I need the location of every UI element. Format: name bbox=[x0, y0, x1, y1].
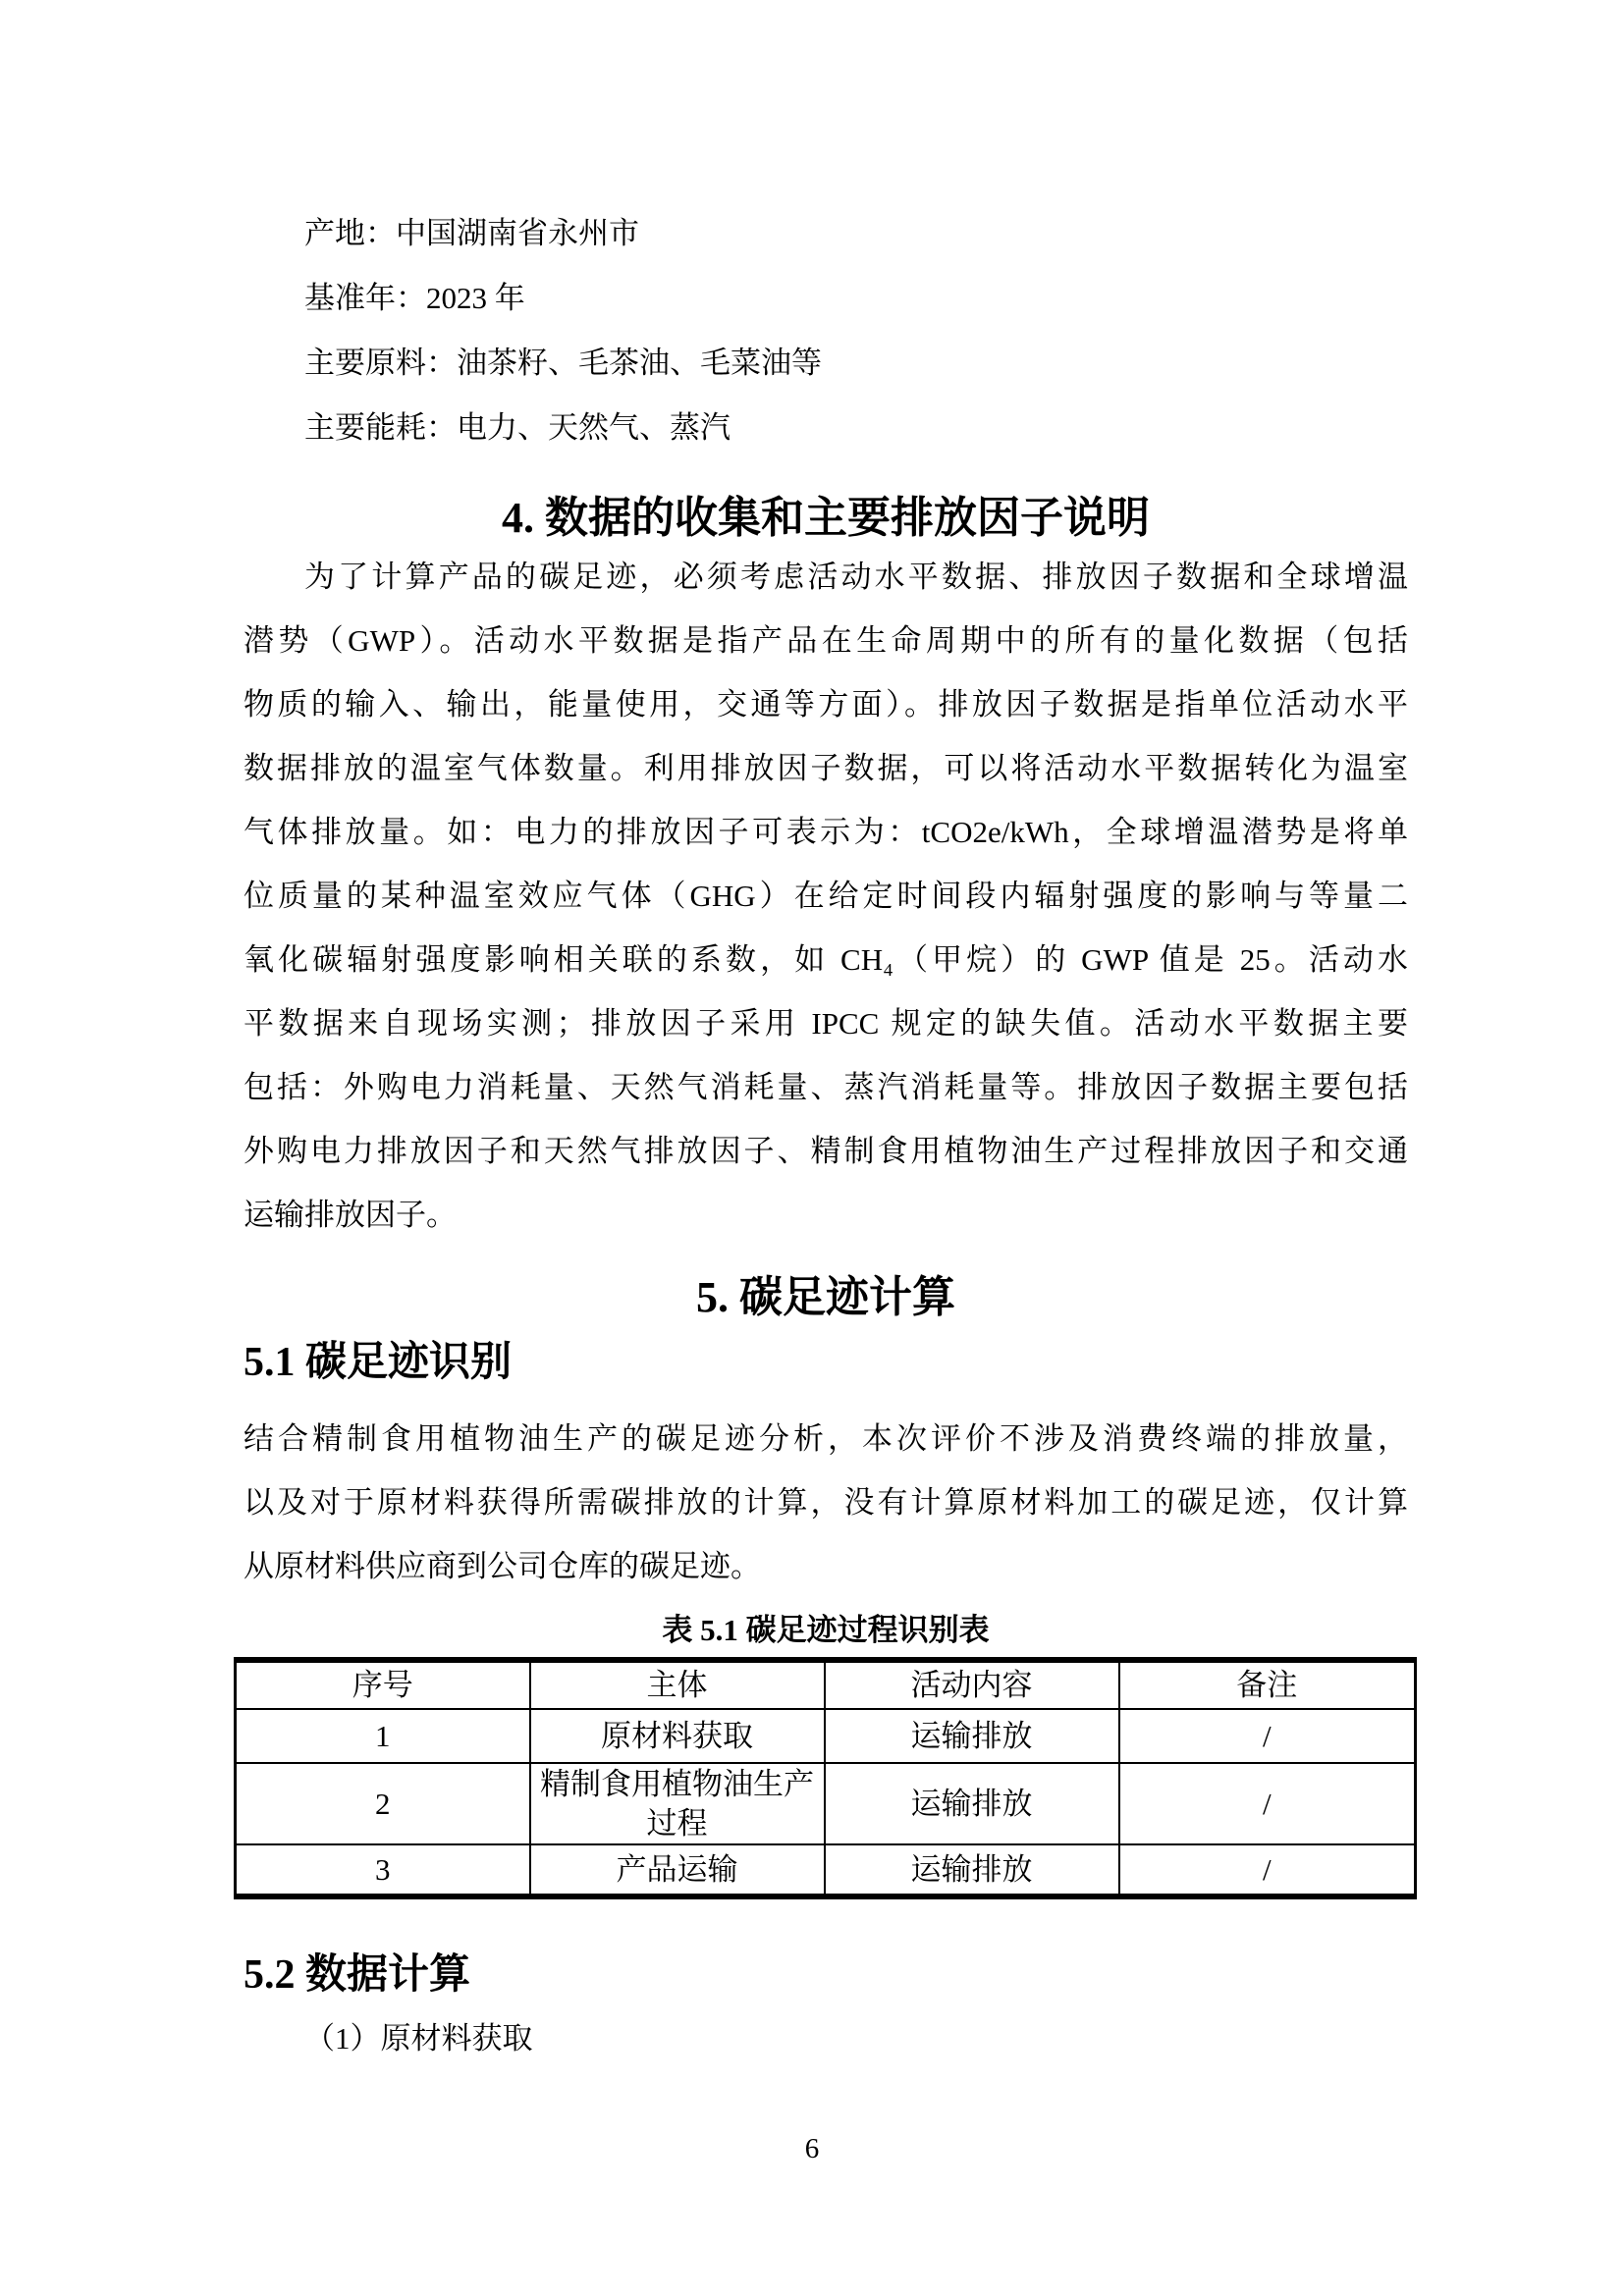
table-cell: 运输排放 bbox=[825, 1709, 1119, 1763]
page-number: 6 bbox=[0, 2132, 1624, 2165]
paragraph-line: 运输排放因子。 bbox=[244, 1183, 1408, 1247]
document-page: 产地：中国湖南省永州市 基准年：2023 年 主要原料：油茶籽、毛茶油、毛菜油等… bbox=[0, 0, 1624, 2296]
table-cell: / bbox=[1119, 1763, 1416, 1844]
section4-paragraph: 为了计算产品的碳足迹，必须考虑活动水平数据、排放因子数据和全球增温 潜势（GWP… bbox=[244, 545, 1408, 1247]
table-cell: 运输排放 bbox=[825, 1844, 1119, 1896]
paragraph-line: 位质量的某种温室效应气体（GHG）在给定时间段内辐射强度的影响与等量二 bbox=[244, 864, 1408, 928]
table-row: 1 原材料获取 运输排放 / bbox=[236, 1709, 1416, 1763]
document-content: 产地：中国湖南省永州市 基准年：2023 年 主要原料：油茶籽、毛茶油、毛菜油等… bbox=[0, 0, 1624, 2070]
product-info-line-raw-materials: 主要原料：油茶籽、毛茶油、毛菜油等 bbox=[244, 331, 1408, 396]
table-cell: 1 bbox=[236, 1709, 530, 1763]
table-caption: 表 5.1 碳足迹过程识别表 bbox=[244, 1606, 1408, 1655]
table-header-cell-subject: 主体 bbox=[530, 1660, 825, 1709]
paragraph-line: 包括：外购电力消耗量、天然气消耗量、蒸汽消耗量等。排放因子数据主要包括 bbox=[244, 1055, 1408, 1119]
section5-2-heading: 5.2 数据计算 bbox=[244, 1949, 1408, 2001]
paragraph-line: 气体排放量。如：电力的排放因子可表示为：tCO2e/kWh，全球增温潜势是将单 bbox=[244, 800, 1408, 864]
table-header-row: 序号 主体 活动内容 备注 bbox=[236, 1660, 1416, 1709]
item-1-line: （1）原材料获取 bbox=[244, 2006, 1408, 2070]
section5-1-paragraph: 结合精制食用植物油生产的碳足迹分析，本次评价不涉及消费终端的排放量， 以及对于原… bbox=[244, 1407, 1408, 1598]
process-identification-table: 序号 主体 活动内容 备注 1 原材料获取 运输排放 / 2 精制食用植物油生产… bbox=[234, 1657, 1417, 1899]
paragraph-line: 结合精制食用植物油生产的碳足迹分析，本次评价不涉及消费终端的排放量， bbox=[244, 1407, 1408, 1470]
table-cell: / bbox=[1119, 1709, 1416, 1763]
table-header-cell-remark: 备注 bbox=[1119, 1660, 1416, 1709]
table-cell: 精制食用植物油生产过程 bbox=[530, 1763, 825, 1844]
paragraph-line: 物质的输入、输出，能量使用，交通等方面）。排放因子数据是指单位活动水平 bbox=[244, 672, 1408, 736]
table-row: 2 精制食用植物油生产过程 运输排放 / bbox=[236, 1763, 1416, 1844]
paragraph-line: 数据排放的温室气体数量。利用排放因子数据，可以将活动水平数据转化为温室 bbox=[244, 736, 1408, 800]
section5-1-heading: 5.1 碳足迹识别 bbox=[244, 1337, 1408, 1388]
table-cell: 2 bbox=[236, 1763, 530, 1844]
section5-heading: 5. 碳足迹计算 bbox=[244, 1271, 1408, 1324]
paragraph-line: 氧化碳辐射强度影响相关联的系数，如 CH₄（甲烷）的 GWP 值是 25。活动水 bbox=[244, 928, 1408, 991]
product-info-line-origin: 产地：中国湖南省永州市 bbox=[244, 201, 1408, 266]
table-cell: / bbox=[1119, 1844, 1416, 1896]
paragraph-line: 从原材料供应商到公司仓库的碳足迹。 bbox=[244, 1534, 1408, 1598]
paragraph-line: 平数据来自现场实测；排放因子采用 IPCC 规定的缺失值。活动水平数据主要 bbox=[244, 991, 1408, 1055]
product-info-line-energy: 主要能耗：电力、天然气、蒸汽 bbox=[244, 396, 1408, 460]
paragraph-line: 以及对于原材料获得所需碳排放的计算，没有计算原材料加工的碳足迹，仅计算 bbox=[244, 1470, 1408, 1534]
table-cell: 产品运输 bbox=[530, 1844, 825, 1896]
table-cell: 运输排放 bbox=[825, 1763, 1119, 1844]
product-info-line-base-year: 基准年：2023 年 bbox=[244, 266, 1408, 331]
table-cell: 原材料获取 bbox=[530, 1709, 825, 1763]
table-row: 3 产品运输 运输排放 / bbox=[236, 1844, 1416, 1896]
paragraph-line: 为了计算产品的碳足迹，必须考虑活动水平数据、排放因子数据和全球增温 bbox=[244, 545, 1408, 609]
paragraph-line: 潜势（GWP）。活动水平数据是指产品在生命周期中的所有的量化数据（包括 bbox=[244, 609, 1408, 672]
section4-heading: 4. 数据的收集和主要排放因子说明 bbox=[244, 492, 1408, 545]
table-header-cell-activity: 活动内容 bbox=[825, 1660, 1119, 1709]
paragraph-line: 外购电力排放因子和天然气排放因子、精制食用植物油生产过程排放因子和交通 bbox=[244, 1119, 1408, 1183]
table-header-cell-index: 序号 bbox=[236, 1660, 530, 1709]
table-cell: 3 bbox=[236, 1844, 530, 1896]
product-info-block: 产地：中国湖南省永州市 基准年：2023 年 主要原料：油茶籽、毛茶油、毛菜油等… bbox=[244, 201, 1408, 460]
